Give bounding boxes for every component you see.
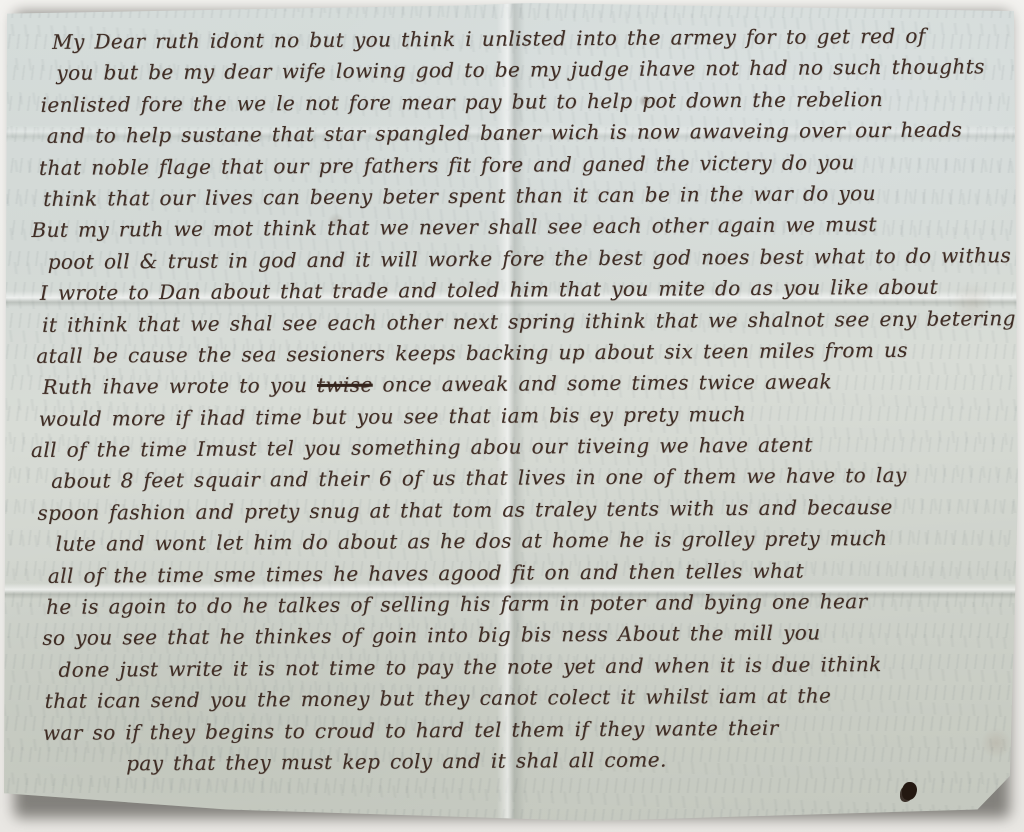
letter-body: My Dear ruth idont no but you think i un… (26, 20, 1009, 780)
crossed-out-word: twise (317, 373, 373, 397)
letter-paper: My Dear ruth idont no but you think i un… (4, 3, 1018, 821)
letter-line-segment: once aweak and some times twice aweak (373, 370, 832, 397)
letter-line-segment: Ruth ihave wrote to you (42, 373, 317, 399)
